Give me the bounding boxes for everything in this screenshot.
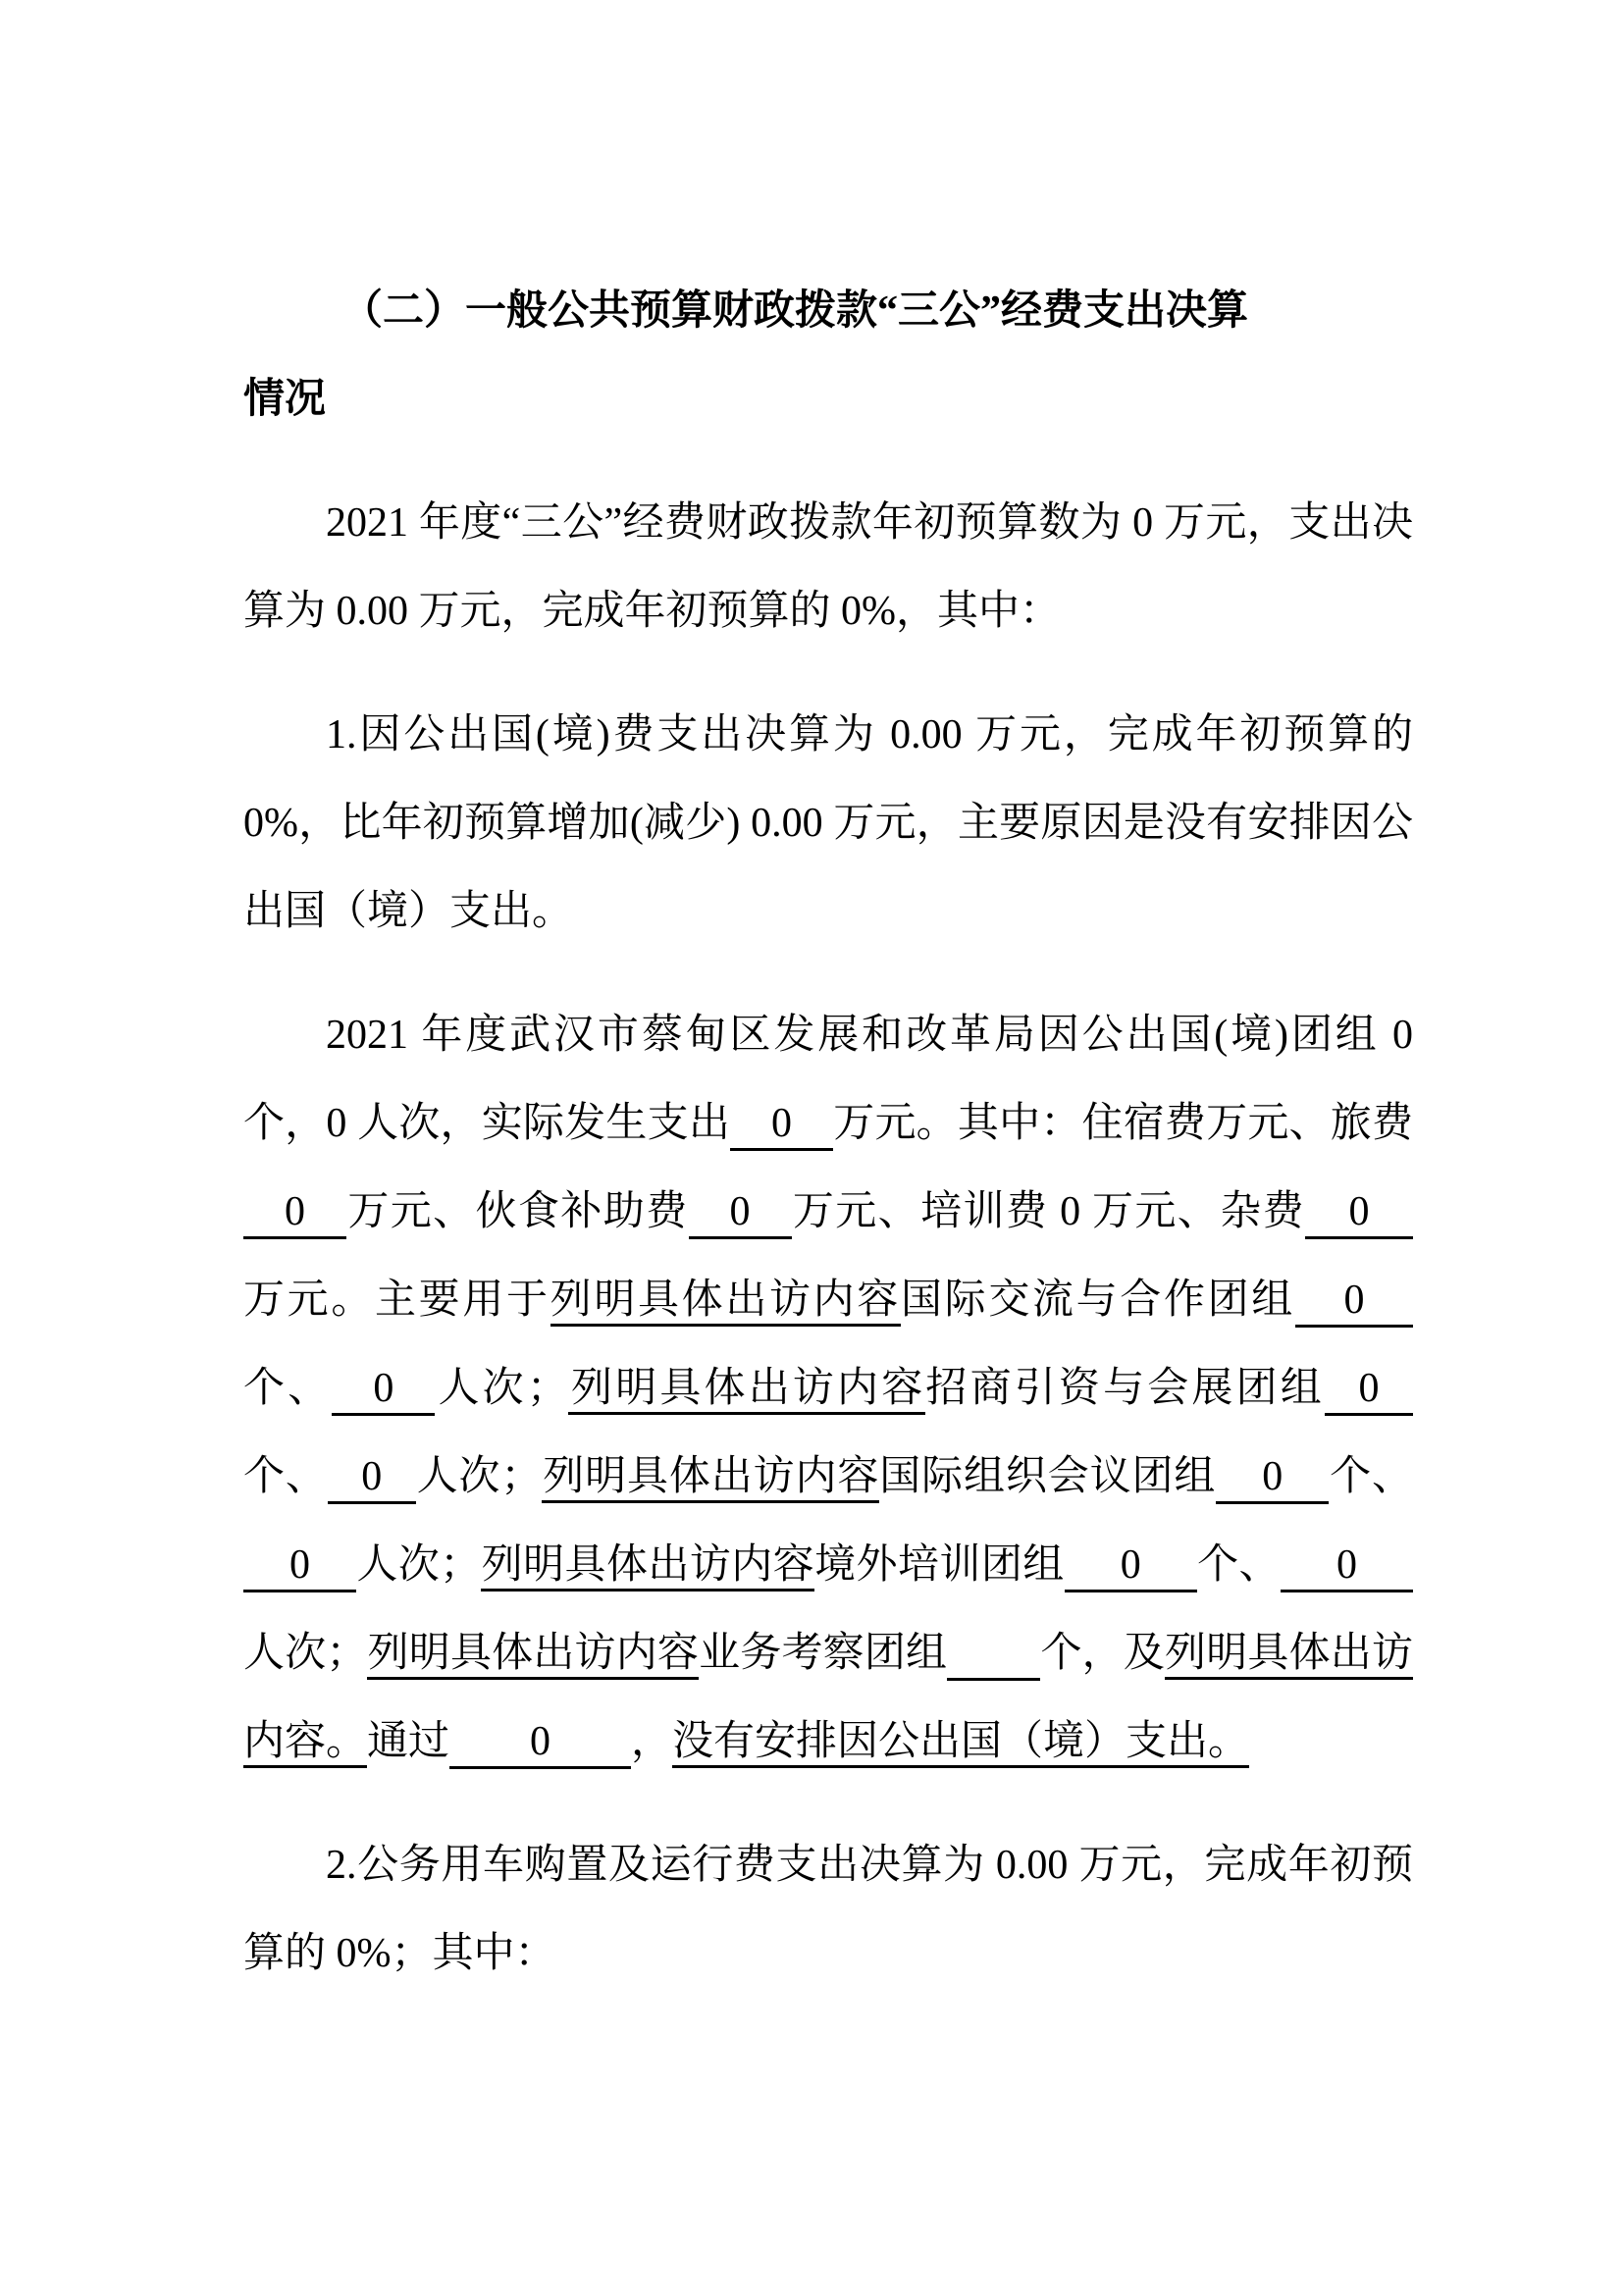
- text-run: 个、: [1329, 1454, 1413, 1499]
- text-run: 招商引资与会展团组: [925, 1366, 1325, 1411]
- section-heading: （二）一般公共预算财政拨款“三公”经费支出决算情况: [243, 267, 1413, 444]
- text-run: 情况: [243, 377, 326, 422]
- underlined-text: 列明具体出访内容: [481, 1542, 814, 1592]
- text-run: 人次；: [435, 1366, 568, 1411]
- fill-in-blank: 0: [1281, 1542, 1413, 1592]
- underlined-text: 列明具体出访内容: [568, 1366, 926, 1415]
- underlined-text: 列明具体出访内容: [542, 1454, 879, 1503]
- text-run: 个、: [1197, 1542, 1281, 1588]
- underlined-text: 列明具体出访内容: [550, 1278, 901, 1327]
- fill-in-blank: 0: [1305, 1189, 1413, 1239]
- text-run: 国际组织会议团组: [879, 1454, 1216, 1499]
- text-run: 万元、伙食补助费: [346, 1189, 689, 1234]
- text-run: 万元。主要用于: [243, 1278, 550, 1323]
- fill-in-blank: 0: [449, 1719, 631, 1769]
- fill-in-blank: 0: [328, 1454, 416, 1504]
- text-run: 人次；: [243, 1631, 367, 1676]
- text-run: ，: [631, 1719, 672, 1764]
- paragraph-three-public-funds-summary: 2021 年度“三公”经费财政拨款年初预算数为 0 万元，支出决算为 0.00 …: [243, 479, 1413, 655]
- text-run: 境外培训团组: [814, 1542, 1065, 1588]
- fill-in-blank: 0: [1295, 1278, 1413, 1328]
- text-run: 万元。其中：住宿费万元、旅费: [833, 1101, 1413, 1146]
- fill-in-blank: 0: [689, 1189, 792, 1239]
- text-run: 万元、培训费 0 万元、杂费: [792, 1189, 1305, 1234]
- text-run: 人次；: [356, 1542, 481, 1588]
- fill-in-blank: 0: [243, 1542, 356, 1592]
- text-run: 业务考察团组: [699, 1631, 947, 1676]
- text-run: 个，及: [1040, 1631, 1165, 1676]
- fill-in-blank: [947, 1631, 1040, 1681]
- document-body: { "colors": { "background": "#ffffff", "…: [0, 0, 1624, 2296]
- fill-in-blank: 0: [243, 1189, 346, 1239]
- document-page: （二）一般公共预算财政拨款“三公”经费支出决算情况 2021 年度“三公”经费财…: [0, 0, 1624, 2296]
- fill-in-blank: 0: [1325, 1366, 1413, 1416]
- underlined-text: 列明具体出访内容: [367, 1631, 699, 1680]
- text-run: 1.因公出国(境)费支出决算为 0.00 万元，完成年初预算的 0%，比年初预算…: [243, 712, 1413, 934]
- fill-in-blank: 0: [730, 1101, 833, 1151]
- text-run: 2.公务用车购置及运行费支出决算为 0.00 万元，完成年初预算的 0%；其中：: [243, 1843, 1413, 1976]
- text-run: 2021 年度“三公”经费财政拨款年初预算数为 0 万元，支出决算为 0.00 …: [243, 500, 1413, 634]
- text-run: （二）一般公共预算财政拨款“三公”经费支出决算: [341, 288, 1248, 334]
- text-run: 国际交流与合作团组: [901, 1278, 1295, 1323]
- paragraph-overseas-travel-expense-detail: 2021 年度武汉市蔡甸区发展和改革局因公出国(境)团组 0 个，0 人次，实际…: [243, 991, 1413, 1786]
- paragraph-overseas-travel-expense-summary: 1.因公出国(境)费支出决算为 0.00 万元，完成年初预算的 0%，比年初预算…: [243, 691, 1413, 956]
- text-run: 个、: [243, 1454, 328, 1499]
- text-run: 个、: [243, 1366, 332, 1411]
- fill-in-blank: 0: [1065, 1542, 1197, 1592]
- underlined-text: 没有安排因公出国（境）支出。: [672, 1719, 1249, 1768]
- paragraph-official-vehicle-expense-summary: 2.公务用车购置及运行费支出决算为 0.00 万元，完成年初预算的 0%；其中：: [243, 1821, 1413, 1998]
- text-run: 人次；: [416, 1454, 543, 1499]
- text-run: 通过: [367, 1719, 449, 1764]
- fill-in-blank: 0: [1216, 1454, 1329, 1504]
- fill-in-blank: 0: [332, 1366, 435, 1416]
